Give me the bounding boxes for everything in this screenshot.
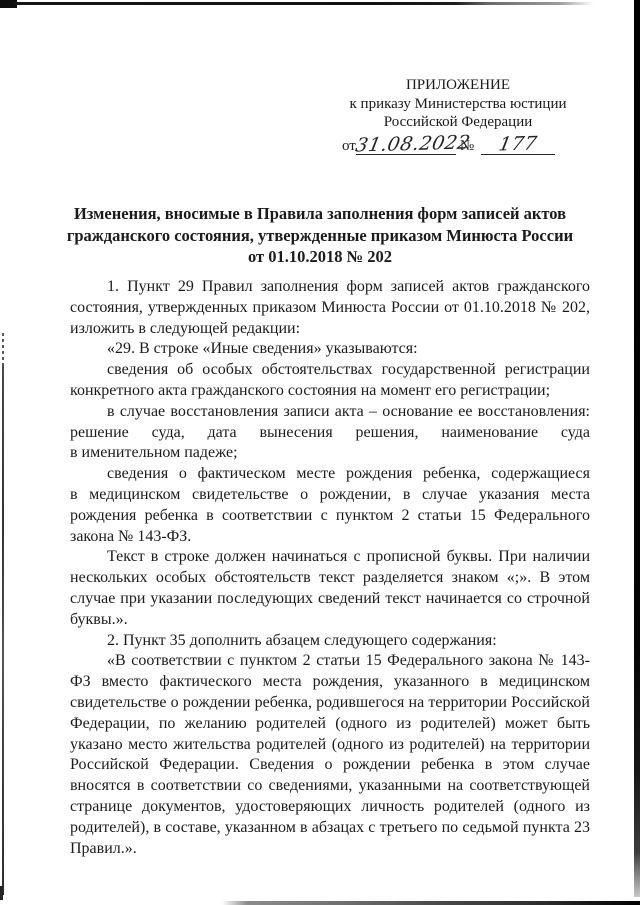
scanned-document-page: ПРИЛОЖЕНИЕ к приказу Министерства юстици… — [0, 0, 640, 905]
title-line-1: Изменения, вносимые в Правила заполнения… — [40, 203, 600, 225]
title-line-3: от 01.10.2018 № 202 — [40, 246, 600, 268]
scan-artifact-bottom-left-mark — [0, 886, 3, 900]
paragraph-2: «29. В строке «Иные сведения» указываютс… — [70, 339, 590, 360]
paragraph-1: 1. Пункт 29 Правил заполнения форм запис… — [70, 277, 590, 339]
scan-artifact-top-left-blob — [0, 0, 17, 8]
document-body: 1. Пункт 29 Правил заполнения форм запис… — [70, 277, 590, 859]
paragraph-7: 2. Пункт 35 дополнить абзацем следующего… — [70, 631, 590, 652]
number-underline-field: 177 — [481, 135, 555, 155]
handwritten-date: 31.08.2022 — [354, 133, 472, 155]
paragraph-6: Текст в строке должен начинаться с пропи… — [70, 547, 590, 630]
date-underline-field: 31.08.2022 — [356, 135, 456, 155]
paragraph-5: сведения о фактическом месте рождения ре… — [70, 464, 590, 547]
scan-artifact-left-edge — [2, 365, 4, 895]
paragraph-8: «В соответствии с пунктом 2 статьи 15 Фе… — [70, 651, 590, 859]
approval-line-federation: Российской Федерации — [336, 113, 580, 132]
approval-line-appendix: ПРИЛОЖЕНИЕ — [336, 76, 580, 95]
paragraph-4: в случае восстановления записи акта – ос… — [70, 402, 590, 464]
document-title: Изменения, вносимые в Правила заполнения… — [40, 203, 600, 268]
paragraph-3: сведения об особых обстоятельствах госуд… — [70, 360, 590, 402]
scan-artifact-bottom-edge — [222, 901, 640, 905]
order-date-number-line: от31.08.2022№177 — [336, 135, 580, 156]
scan-artifact-right-edge — [634, 0, 640, 897]
approval-line-order: к приказу Министерства юстиции — [336, 95, 580, 114]
approval-stamp: ПРИЛОЖЕНИЕ к приказу Министерства юстици… — [336, 76, 580, 155]
scan-artifact-top-edge — [14, 2, 594, 5]
handwritten-number: 177 — [497, 134, 539, 154]
title-line-2: гражданского состояния, утвержденные при… — [40, 225, 600, 247]
scan-artifact-left-edge-dotted — [2, 333, 4, 365]
